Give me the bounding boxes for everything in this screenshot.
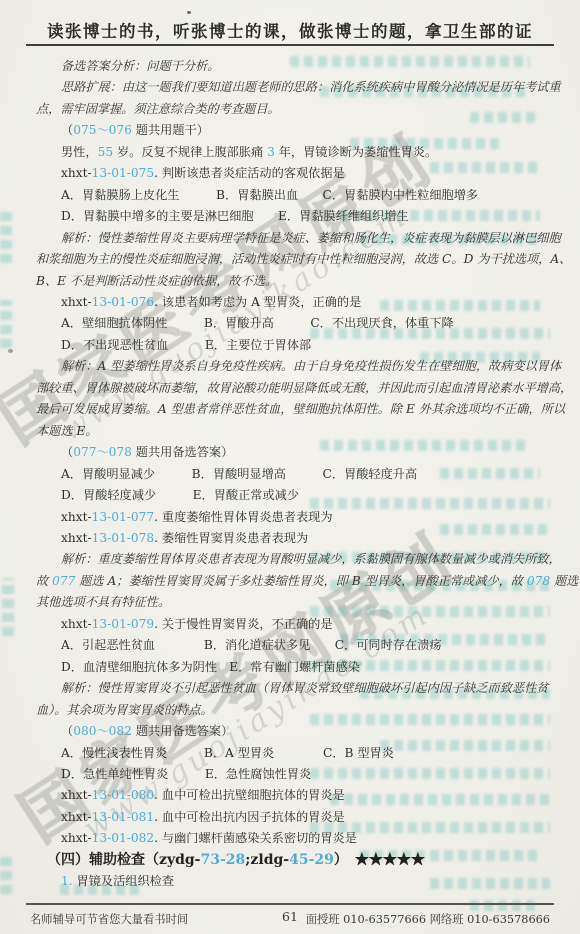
header-rule <box>26 44 554 46</box>
text-segment: xhxt- <box>61 617 92 631</box>
text-segment: ;zldg- <box>245 852 289 868</box>
text-line: 血）。其余项为胃窦胃炎的特点。 <box>36 700 566 721</box>
text-line: xhxt-13-01-082. 与幽门螺杆菌感染关系密切的胃炎是 <box>36 828 566 849</box>
highlight-number: 080～082 <box>73 724 132 738</box>
text-segment: D．急性单纯性胃炎 E．急性腐蚀性胃炎 <box>61 767 311 781</box>
text-segment: xhxt- <box>61 166 92 180</box>
highlight-number: 13-01-082 <box>92 831 155 845</box>
text-segment: A．胃酸明显减少 B．胃酸明显增高 C．胃酸轻度升高 <box>61 467 417 481</box>
highlight-number: 45-29 <box>289 852 334 868</box>
text-segment: 点，需牢固掌握。须注意综合类的考查题目。 <box>36 102 280 116</box>
text-segment: xhxt- <box>61 788 92 802</box>
text-line: A．慢性浅表性胃炎 B．A 型胃炎 C．B 型胃炎 <box>36 743 566 764</box>
text-line: 点，需牢固掌握。须注意综合类的考查题目。 <box>36 99 566 120</box>
text-segment: xhxt- <box>61 295 92 309</box>
text-line: 解析：A 型萎缩性胃炎系自身免疫性疾病。由于自身免疫性损伤发生在壁细胞，故病变以… <box>36 356 566 377</box>
highlight-number: 13-01-081 <box>92 810 155 824</box>
highlight-number: 13-01-076 <box>92 295 155 309</box>
text-line: 男性，55 岁。反复不规律上腹部胀痛 3 年，胃镜诊断为萎缩性胃炎。 <box>36 142 566 163</box>
text-segment: . 与幽门螺杆菌感染关系密切的胃炎是 <box>154 831 357 845</box>
text-segment: 部较重、胃体腺被破坏而萎缩，故胃泌酸功能明显降低或无酸，并因此而引起血清胃泌素水… <box>36 381 572 395</box>
text-line: 思路扩展：由这一题我们要知道出题老师的思路：消化系统疾病中胃酸分泌情况是历年考试… <box>36 77 566 98</box>
text-segment: 其他选项不具有特征性。 <box>36 595 170 609</box>
bleedthrough-text <box>0 300 12 348</box>
text-segment: . 血中可检出抗内因子抗体的胃炎是 <box>154 810 345 824</box>
text-line: 备选答案分析：问题干分析。 <box>36 56 566 77</box>
text-segment: 解析：慢性萎缩性胃炎主要病理学特征是炎症、萎缩和肠化生，炎症表现为黏膜层以淋巴细… <box>61 231 561 245</box>
text-line: （080～082 题共用备选答案） <box>36 721 566 742</box>
text-segment: A．胃黏膜肠上皮化生 B．胃黏膜出血 C．胃黏膜内中性粒细胞增多 <box>61 188 478 202</box>
text-segment: 题共用备选答案） <box>132 724 233 738</box>
text-segment: 岁。反复不规律上腹部胀痛 <box>113 145 267 159</box>
highlight-number: 078 <box>527 574 550 588</box>
text-line: A．胃酸明显减少 B．胃酸明显增高 C．胃酸轻度升高 <box>36 464 566 485</box>
text-segment: xhxt- <box>61 531 92 545</box>
highlight-number: 13-01-078 <box>92 531 155 545</box>
text-segment: （四）辅助检查（zydg- <box>47 852 200 868</box>
text-segment: 备选答案分析：问题干分析。 <box>61 59 219 73</box>
text-line: A．引起恶性贫血 B．消化道症状多见 C．可同时存在溃疡 <box>36 635 566 656</box>
text-line: A．胃黏膜肠上皮化生 B．胃黏膜出血 C．胃黏膜内中性粒细胞增多 <box>36 185 566 206</box>
text-segment: 故 <box>36 574 52 588</box>
text-line: xhxt-13-01-077. 重度萎缩性胃体胃炎患者表现为 <box>36 507 566 528</box>
text-segment: D．不出现恶性贫血 E．主要位于胃体部 <box>61 338 311 352</box>
highlight-number: 077 <box>52 574 75 588</box>
text-segment: 解析：重度萎缩性胃体胃炎患者表现为胃酸明显减少，系黏膜固有腺体数量减少或消失所致… <box>61 552 561 566</box>
text-segment: 最后可发展成胃萎缩。A 型患者常伴恶性贫血，壁细胞抗体阳性。除 E 外其余选项均… <box>36 402 565 416</box>
text-segment: . 重度萎缩性胃体胃炎患者表现为 <box>154 510 332 524</box>
text-segment: 本题选 E。 <box>36 424 98 438</box>
text-line: 解析：慢性萎缩性胃炎主要病理学特征是炎症、萎缩和肠化生，炎症表现为黏膜层以淋巴细… <box>36 228 566 249</box>
text-segment: （ <box>61 724 73 738</box>
footer: 名师辅导可节省您大量看书时间 61 面授班 010-63577666 网络班 0… <box>30 909 550 929</box>
text-segment: B、E 不是判断活动性炎症的依据，故不选。 <box>36 274 277 288</box>
text-line: xhxt-13-01-079. 关于慢性胃窦胃炎，不正确的是 <box>36 614 566 635</box>
text-segment: A．慢性浅表性胃炎 B．A 型胃炎 C．B 型胃炎 <box>61 746 394 760</box>
text-line: xhxt-13-01-081. 血中可检出抗内因子抗体的胃炎是 <box>36 807 566 828</box>
text-segment: . 该患者如考虑为 A 型胃炎，正确的是 <box>154 295 361 309</box>
text-line: 其他选项不具有特征性。 <box>36 592 566 613</box>
ink-speck <box>8 349 13 353</box>
highlight-number: 13-01-079 <box>92 617 155 631</box>
text-segment: A．引起恶性贫血 B．消化道症状多见 C．可同时存在溃疡 <box>61 638 442 652</box>
text-segment: 解析：慢性胃窦胃炎不引起恶性贫血（胃体胃炎常致壁细胞破坏引起内因子缺乏而致恶性贫 <box>61 681 549 695</box>
text-segment: xhxt- <box>61 510 92 524</box>
text-segment: （ <box>61 445 73 459</box>
text-segment: xhxt- <box>61 831 92 845</box>
text-segment: . 血中可检出抗壁细胞抗体的胃炎是 <box>154 788 345 802</box>
text-segment: xhxt- <box>61 810 92 824</box>
text-segment: 题共用备选答案） <box>132 445 233 459</box>
text-segment: . 关于慢性胃窦胃炎，不正确的是 <box>154 617 332 631</box>
text-segment: D．胃酸轻度减少 E．胃酸正常或减少 <box>61 488 299 502</box>
text-line: xhxt-13-01-080. 血中可检出抗壁细胞抗体的胃炎是 <box>36 785 566 806</box>
highlight-number: 13-01-077 <box>92 510 155 524</box>
header-slogan: 读张博士的书，听张博士的课，做张博士的题，拿卫生部的证 <box>0 18 580 42</box>
text-segment: 和浆细胞为主的慢性炎症细胞浸润，活动性炎症时有中性粒细胞浸润，故选 C。D 为干… <box>36 252 571 266</box>
text-segment: 题选 E， <box>550 574 580 588</box>
text-segment: . 判断该患者炎症活动的客观依据是 <box>154 166 345 180</box>
bleedthrough-text <box>0 852 12 894</box>
page-body: 备选答案分析：问题干分析。思路扩展：由这一题我们要知道出题老师的思路：消化系统疾… <box>36 56 566 893</box>
highlight-number: 075～076 <box>73 123 132 137</box>
footer-left-text: 名师辅导可节省您大量看书时间 <box>30 911 188 927</box>
section-heading: （四）辅助检查（zydg-73-28;zldg-45-29） ★★★★★ <box>36 850 566 871</box>
text-segment: 题共用题干） <box>132 123 209 137</box>
highlight-number: 1. <box>61 874 73 888</box>
text-line: 部较重、胃体腺被破坏而萎缩，故胃泌酸功能明显降低或无酸，并因此而引起血清胃泌素水… <box>36 378 566 399</box>
footer-rule <box>26 903 554 905</box>
book-page: 国家医考网原创 www.guojiayikao.com 国家医考网原创 www.… <box>0 0 580 934</box>
bleedthrough-text <box>2 578 14 636</box>
highlight-number: 077～078 <box>73 445 132 459</box>
text-segment: 男性， <box>61 145 98 159</box>
text-segment: D．胃黏膜中增多的主要是淋巴细胞 E．胃黏膜纤维组织增生 <box>61 209 409 223</box>
text-segment: A．壁细胞抗体阴性 B．胃酸升高 C．不出现厌食，体重下降 <box>61 316 454 330</box>
text-line: D．血清壁细胞抗体多为阴性 E．常有幽门螺杆菌感染 <box>36 657 566 678</box>
highlight-number: 73-28 <box>200 852 245 868</box>
text-line: 故 077 题选 A；萎缩性胃窦胃炎属于多灶萎缩性胃炎，即 B 型胃炎，胃酸正常… <box>36 571 566 592</box>
text-segment: 思路扩展：由这一题我们要知道出题老师的思路：消化系统疾病中胃酸分泌情况是历年考试… <box>61 80 561 94</box>
text-segment: 年，胃镜诊断为萎缩性胃炎。 <box>275 145 437 159</box>
text-line: B、E 不是判断活动性炎症的依据，故不选。 <box>36 271 566 292</box>
text-segment: . 萎缩性胃窦胃炎患者表现为 <box>154 531 308 545</box>
text-line: D．不出现恶性贫血 E．主要位于胃体部 <box>36 335 566 356</box>
text-line: D．胃黏膜中增多的主要是淋巴细胞 E．胃黏膜纤维组织增生 <box>36 206 566 227</box>
text-segment: 胃镜及活组织检查 <box>73 874 174 888</box>
text-segment: 解析：A 型萎缩性胃炎系自身免疫性疾病。由于自身免疫性损伤发生在壁细胞，故病变以… <box>61 359 561 373</box>
text-line: 最后可发展成胃萎缩。A 型患者常伴恶性贫血，壁细胞抗体阳性。除 E 外其余选项均… <box>36 399 566 420</box>
highlight-number: 3 <box>267 145 275 159</box>
text-segment: （ <box>61 123 73 137</box>
text-line: D．急性单纯性胃炎 E．急性腐蚀性胃炎 <box>36 764 566 785</box>
text-line: （075～076 题共用题干） <box>36 120 566 141</box>
text-line: 本题选 E。 <box>36 421 566 442</box>
text-segment: D．血清壁细胞抗体多为阴性 E．常有幽门螺杆菌感染 <box>61 660 360 674</box>
text-line: 解析：重度萎缩性胃体胃炎患者表现为胃酸明显减少，系黏膜固有腺体数量减少或消失所致… <box>36 549 566 570</box>
text-segment: ） ★★★★★ <box>334 852 425 868</box>
ink-speck <box>187 11 191 14</box>
text-line: xhxt-13-01-078. 萎缩性胃窦胃炎患者表现为 <box>36 528 566 549</box>
bleedthrough-text <box>0 208 12 263</box>
page-number: 61 <box>282 909 298 924</box>
text-line: D．胃酸轻度减少 E．胃酸正常或减少 <box>36 485 566 506</box>
text-segment: 题选 A；萎缩性胃窦胃炎属于多灶萎缩性胃炎，即 B 型胃炎，胃酸正常或减少，故 <box>75 574 527 588</box>
text-line: 解析：慢性胃窦胃炎不引起恶性贫血（胃体胃炎常致壁细胞破坏引起内因子缺乏而致恶性贫 <box>36 678 566 699</box>
text-line: 和浆细胞为主的慢性炎症细胞浸润，活动性炎症时有中性粒细胞浸润，故选 C。D 为干… <box>36 249 566 270</box>
text-line: A．壁细胞抗体阴性 B．胃酸升高 C．不出现厌食，体重下降 <box>36 313 566 334</box>
text-line: xhxt-13-01-075. 判断该患者炎症活动的客观依据是 <box>36 163 566 184</box>
footer-right-text: 面授班 010-63577666 网络班 010-63578666 <box>306 911 550 927</box>
highlight-number: 13-01-080 <box>92 788 155 802</box>
text-line: （077～078 题共用备选答案） <box>36 442 566 463</box>
text-line: 1. 胃镜及活组织检查 <box>36 871 566 892</box>
text-segment: 血）。其余项为胃窦胃炎的特点。 <box>36 703 213 717</box>
text-line: xhxt-13-01-076. 该患者如考虑为 A 型胃炎，正确的是 <box>36 292 566 313</box>
highlight-number: 55 <box>98 145 114 159</box>
highlight-number: 13-01-075 <box>92 166 155 180</box>
